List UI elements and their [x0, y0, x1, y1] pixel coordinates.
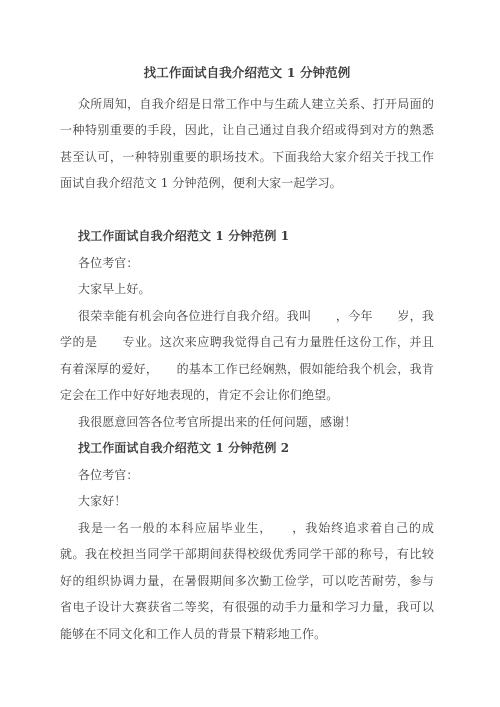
document-body: 找工作面试自我介绍范文 1 分钟范例 众所周知，自我介绍是日常工作中与生疏人建立…: [60, 60, 434, 647]
section-1-body-paragraph: 很荣幸能有机会向各位进行自我介绍。我叫 ，今年 岁，我学的是 专业。这次来应聘我…: [60, 303, 434, 409]
section-2-heading: 找工作面试自我介绍范文 1 分钟范例 2: [60, 435, 434, 462]
section-2-body-paragraph: 我是一名一般的本科应届毕业生， ，我始终追求着自己的成就。我在校担当同学干部期间…: [60, 515, 434, 648]
intro-paragraph: 众所周知，自我介绍是日常工作中与生疏人建立关系、打开局面的一种特别重要的手段，因…: [60, 91, 434, 197]
section-1-greeting: 大家早上好。: [60, 276, 434, 303]
section-2-salutation: 各位考官：: [60, 462, 434, 489]
section-1-closing: 我很愿意回答各位考官所提出来的任何问题，感谢！: [60, 409, 434, 436]
section-1-heading: 找工作面试自我介绍范文 1 分钟范例 1: [60, 223, 434, 250]
document-page: 找工作面试自我介绍范文 1 分钟范例 众所周知，自我介绍是日常工作中与生疏人建立…: [0, 0, 500, 707]
document-title: 找工作面试自我介绍范文 1 分钟范例: [60, 60, 434, 87]
blank-line: [60, 197, 434, 224]
section-2-greeting: 大家好！: [60, 488, 434, 515]
section-1-salutation: 各位考官：: [60, 250, 434, 277]
